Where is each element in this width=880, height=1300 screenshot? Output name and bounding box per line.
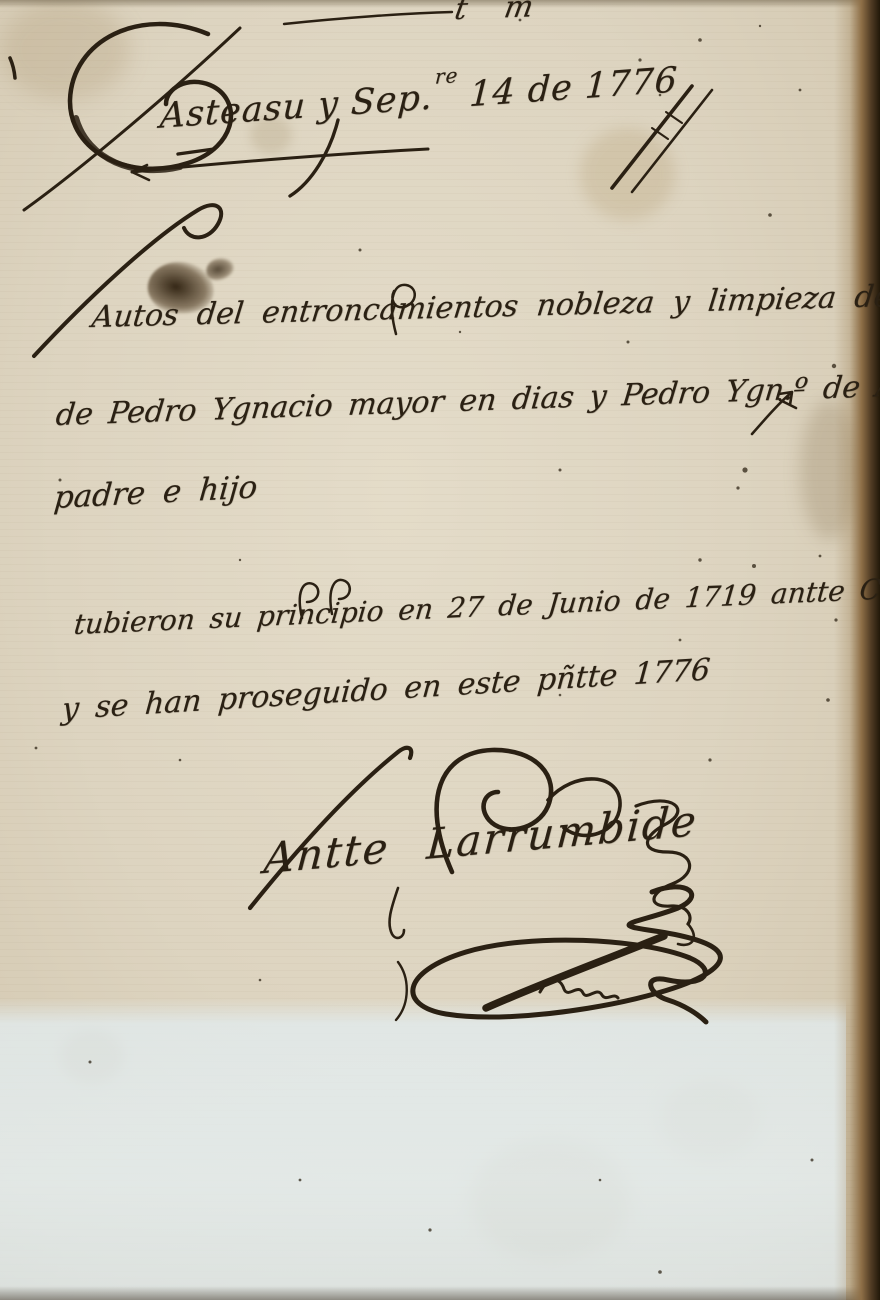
- ink-specks: [35, 19, 838, 1274]
- left-tick-mark: [10, 58, 15, 78]
- rubric-flourish: [413, 887, 721, 1022]
- dateline-superscript: re: [434, 63, 459, 89]
- top-margin-note: t m: [452, 0, 550, 27]
- signature-j-tail: [390, 888, 404, 938]
- margin-paren-curve: [396, 962, 407, 1020]
- top-margin-line: [284, 12, 452, 24]
- manuscript-page: t m Asteasu y Sep.re14 de 1776 Autos del…: [0, 0, 880, 1300]
- dateline-underline: [132, 149, 428, 172]
- ink-flourishes-layer: [0, 0, 880, 1300]
- dateline-slash-mark-2: [632, 90, 712, 192]
